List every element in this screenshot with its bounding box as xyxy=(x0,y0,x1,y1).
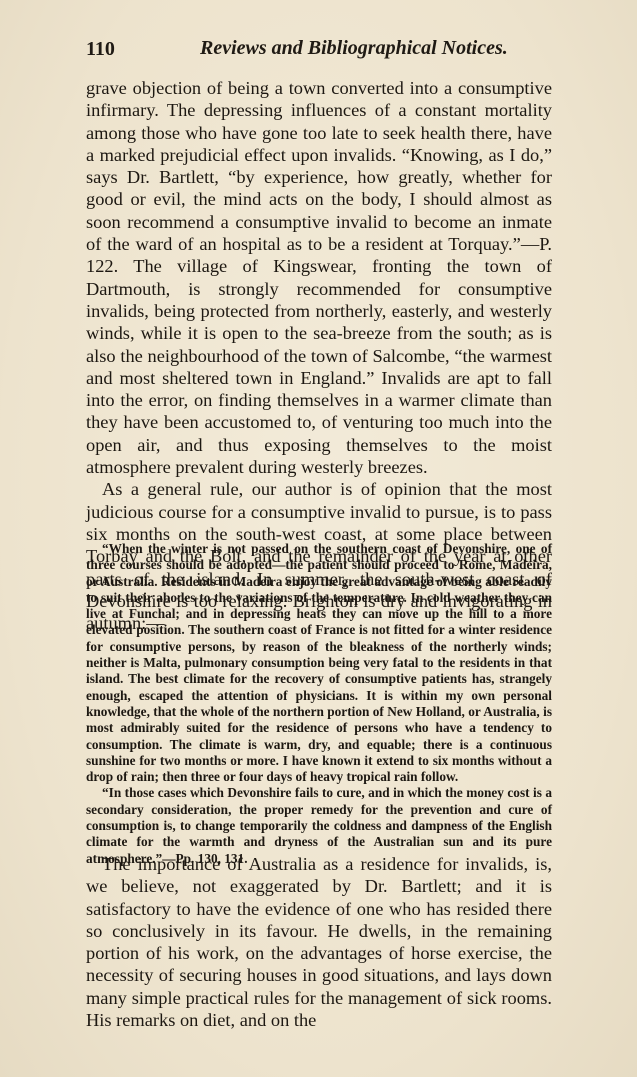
paragraph: The importance of Australia as a residen… xyxy=(86,853,552,1031)
paragraph: grave objection of being a town converte… xyxy=(86,77,552,478)
page-number: 110 xyxy=(86,38,115,61)
block-quote: “When the winter is not passed on the so… xyxy=(86,541,552,867)
page-header: 110 Reviews and Bibliographical Notices. xyxy=(86,34,552,64)
closing-text: The importance of Australia as a residen… xyxy=(86,853,552,1031)
book-page: 110 Reviews and Bibliographical Notices.… xyxy=(0,0,637,1077)
running-head: Reviews and Bibliographical Notices. xyxy=(200,37,508,60)
quote-paragraph: “When the winter is not passed on the so… xyxy=(86,541,552,785)
